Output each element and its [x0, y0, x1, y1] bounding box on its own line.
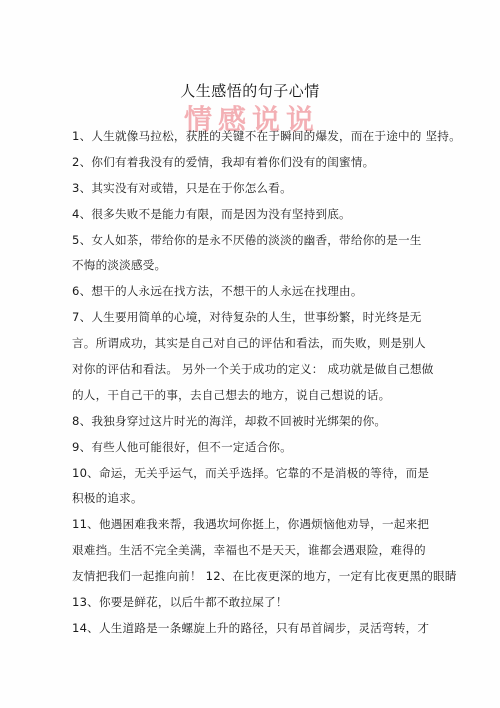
- text-line: 2、你们有着我没有的爱情，我却有着你们没有的闺蜜情。: [72, 150, 422, 176]
- text-line: 5、女人如茶，带给你的是永不厌倦的淡淡的幽香，带给你的是一生: [72, 228, 422, 254]
- text-line: 9、有些人他可能很好，但不一定适合你。: [72, 435, 422, 461]
- text-line: 积极的追求。: [72, 486, 422, 512]
- text-line: 的人，干自己干的事，去自己想去的地方，说自己想说的话。: [72, 383, 422, 409]
- text-line: 11、他遇困难我来帮，我遇坎坷你挺上，你遇烦恼他劝导，一起来把: [72, 512, 422, 538]
- text-line: 13、你要是鲜花，以后牛都不敢拉屎了！: [72, 590, 422, 616]
- text-line: 6、想干的人永远在找方法，不想干的人永远在找理由。: [72, 279, 422, 305]
- text-line: 言。所谓成功，其实是自己对自己的评估和看法，而失败，则是别人: [72, 331, 422, 357]
- text-line: 14、人生道路是一条螺旋上升的路径，只有昂首阔步，灵活弯转，才: [72, 616, 422, 642]
- document-page: 人生感悟的句子心情 情感说说 1、人生就像马拉松，获胜的关键不在于瞬间的爆发，而…: [0, 0, 500, 708]
- text-line: 8、我独身穿过这片时光的海洋，却救不回被时光绑架的你。: [72, 409, 422, 435]
- text-line: 10、命运，无关乎运气，而关乎选择。它靠的不是消极的等待，而是: [72, 461, 422, 487]
- text-line: 3、其实没有对或错，只是在于你怎么看。: [72, 176, 422, 202]
- text-line: 7、人生要用简单的心境，对待复杂的人生，世事纷繁，时光终是无: [72, 305, 422, 331]
- text-line: 4、很多失败不是能力有限，而是因为没有坚持到底。: [72, 202, 422, 228]
- quote-list: 1、人生就像马拉松，获胜的关键不在于瞬间的爆发，而在于途中的 坚持。 2、你们有…: [72, 124, 422, 642]
- text-line: 不悔的淡淡感受。: [72, 253, 422, 279]
- text-line: 艰难挡。生活不完全美满，幸福也不是天天，谁都会遇艰险，难得的: [72, 538, 422, 564]
- page-title: 人生感悟的句子心情: [0, 81, 500, 101]
- text-line: 对你的评估和看法。 另外一个关于成功的定义： 成功就是做自己想做: [72, 357, 422, 383]
- text-line: 1、人生就像马拉松，获胜的关键不在于瞬间的爆发，而在于途中的 坚持。: [72, 124, 422, 150]
- text-line: 友情把我们一起推向前！ 12、在比夜更深的地方，一定有比夜更黑的眼睛: [72, 564, 422, 590]
